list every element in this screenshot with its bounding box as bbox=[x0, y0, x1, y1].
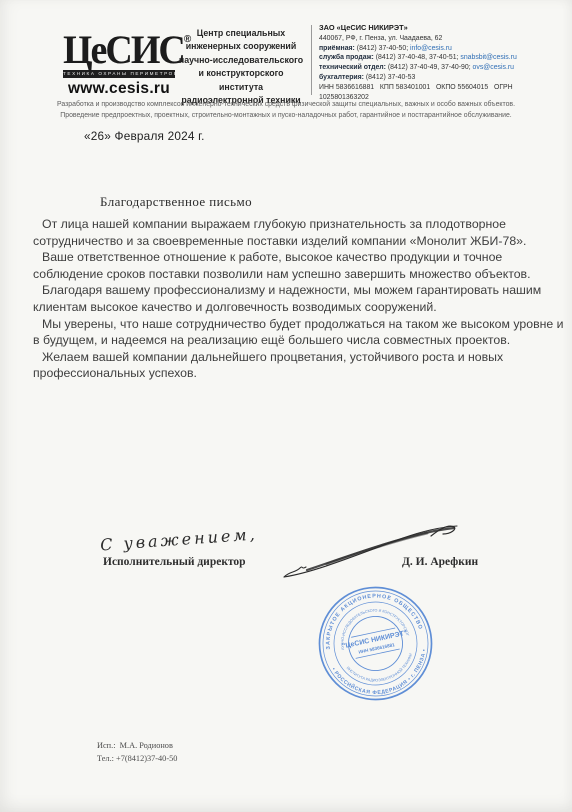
signatory-position: Исполнительный директор bbox=[103, 556, 246, 568]
executor-phone: Тел.: +7(8412)37-40-50 bbox=[97, 752, 177, 765]
header-divider bbox=[311, 25, 312, 95]
institute-line: инженерных сооружений bbox=[176, 40, 306, 53]
institute-line: научно-исследовательского bbox=[176, 54, 306, 67]
letter-page: ЦеСИС® ТЕХНИКА ОХРАНЫ ПЕРИМЕТРОВ www.ces… bbox=[0, 0, 572, 812]
technical-email: ovs@cesis.ru bbox=[473, 64, 514, 71]
contact-block: ЗАО «ЦеСИС НИКИРЭТ» 440067, РФ, г. Пенза… bbox=[319, 23, 561, 102]
contact-line-address: 440067, РФ, г. Пенза, ул. Чаадаева, 62 bbox=[319, 34, 561, 44]
contact-line-sales: служба продаж: (8412) 37-40-48, 37-40-51… bbox=[319, 53, 561, 63]
sales-email: snabsbit@cesis.ru bbox=[460, 54, 516, 61]
letter-date: «26» Февраля 2024 г. bbox=[84, 129, 205, 143]
stamp-outer-ring bbox=[315, 583, 436, 704]
tagline-line: Проведение предпроектных, проектных, стр… bbox=[30, 111, 542, 122]
contact-line-reception: приёмная: (8412) 37-40-50; info@cesis.ru bbox=[319, 44, 561, 54]
institute-line: и конструкторского института bbox=[176, 67, 306, 94]
svg-text:• РОССИЙСКАЯ ФЕДЕРАЦИЯ • г: • РОССИЙСКАЯ ФЕДЕРАЦИЯ • г. ПЕНЗА • bbox=[330, 647, 435, 704]
company-requisites: ИНН 5836616881 КПП 583401001 ОКПО 556040… bbox=[319, 84, 513, 101]
tagline-line: Разработка и производство комплексов инж… bbox=[30, 100, 542, 111]
company-tagline: Разработка и производство комплексов инж… bbox=[30, 100, 542, 121]
paragraph: Благодаря вашему профессионализму и наде… bbox=[33, 282, 564, 315]
logo-brand-text: ЦеСИС bbox=[63, 28, 184, 72]
company-stamp: ЗАКРЫТОЕ АКЦИОНЕРНОЕ ОБЩЕСТВО • РОССИЙСК… bbox=[315, 583, 436, 704]
contact-line-accounting: бухгалтерия: (8412) 37-40-53 bbox=[319, 73, 561, 83]
paragraph: От лица нашей компании выражаем глубокую… bbox=[33, 216, 564, 249]
postal-address: 440067, РФ, г. Пенза, ул. Чаадаева, 62 bbox=[319, 35, 442, 42]
paragraph: Ваше ответственное отношение к работе, в… bbox=[33, 249, 564, 282]
contact-line-org: ЗАО «ЦеСИС НИКИРЭТ» bbox=[319, 23, 561, 34]
company-logo-block: ЦеСИС® ТЕХНИКА ОХРАНЫ ПЕРИМЕТРОВ www.ces… bbox=[63, 20, 175, 98]
stamp-outer-bottom-text: • РОССИЙСКАЯ ФЕДЕРАЦИЯ • г. ПЕНЗА • bbox=[330, 647, 435, 704]
letter-title: Благодарственное письмо bbox=[100, 194, 252, 210]
company-website: www.cesis.ru bbox=[63, 80, 175, 98]
footer-block: Исп.: М.А. Родионов Тел.: +7(8412)37-40-… bbox=[97, 739, 177, 765]
handwritten-closing: С уважением, bbox=[100, 525, 259, 555]
executor-line: Исп.: М.А. Родионов bbox=[97, 739, 177, 752]
paragraph: Желаем вашей компании дальнейшего процве… bbox=[33, 349, 564, 382]
signature-stroke bbox=[281, 520, 461, 584]
reception-email: info@cesis.ru bbox=[410, 45, 452, 52]
paragraph: Мы уверены, что наше сотрудничество буде… bbox=[33, 316, 564, 349]
contact-line-technical: технический отдел: (8412) 37-40-49, 37-4… bbox=[319, 63, 561, 73]
institute-line: Центр специальных bbox=[176, 27, 306, 40]
letter-body: От лица нашей компании выражаем глубокую… bbox=[33, 216, 564, 382]
institute-name: Центр специальных инженерных сооружений … bbox=[176, 27, 306, 107]
company-logo: ЦеСИС® bbox=[63, 20, 175, 70]
org-name: ЗАО «ЦеСИС НИКИРЭТ» bbox=[319, 23, 408, 32]
